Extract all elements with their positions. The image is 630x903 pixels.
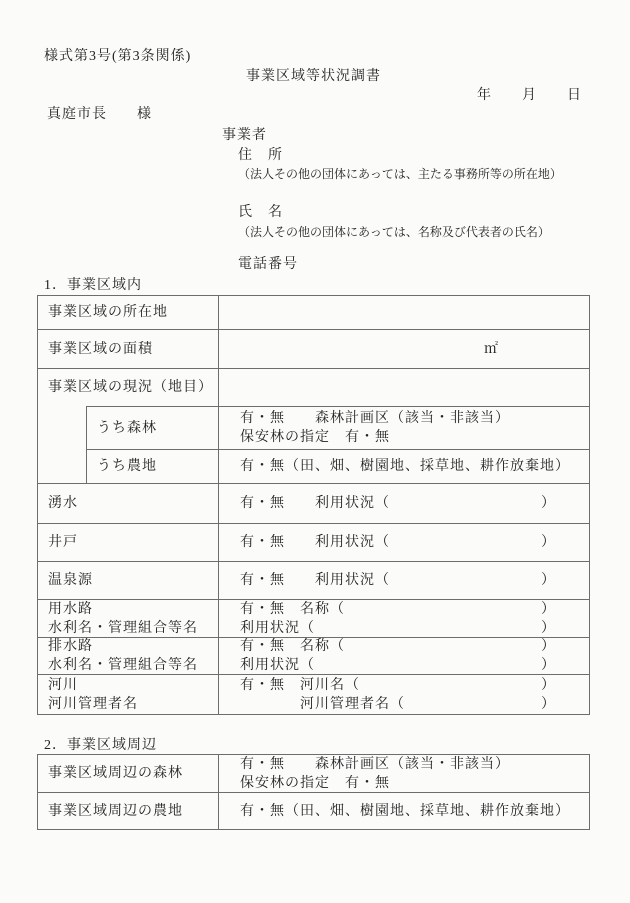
well-line1: 有・無 利用状況（ <box>240 533 390 552</box>
row-irrigation-label: 用水路 水利名・管理組合等名 <box>38 600 219 637</box>
row-spring-content: 有・無 利用状況（ ） <box>219 484 589 523</box>
subrow-farmland-label: うち農地 <box>87 450 219 483</box>
row-area-label: 事業区域の面積 <box>38 330 219 368</box>
address-note: （法人その他の団体にあっては、主たる事務所等の所在地） <box>238 166 562 182</box>
form-number: 様式第3号(第3条関係) <box>44 49 191 65</box>
row-status-value-area <box>219 369 589 406</box>
hotspring-line1: 有・無 利用状況（ <box>240 571 390 590</box>
spring-line1: 有・無 利用状況（ <box>240 494 390 513</box>
forest-line2: 保安林の指定 有・無 <box>240 428 589 447</box>
row-river-content: 有・無 河川名（ ） 河川管理者名（ ） <box>219 675 589 714</box>
drainage-line2: 利用状況（ <box>240 656 315 675</box>
irrigation-line1: 有・無 名称（ <box>240 600 345 619</box>
drainage-line1: 有・無 名称（ <box>240 637 345 656</box>
applicant-label: 事業者 <box>222 128 267 144</box>
row-hotspring-content: 有・無 利用状況（ ） <box>219 562 589 599</box>
hotspring-close-paren: ） <box>541 571 556 590</box>
row-drainage: 排水路 水利名・管理組合等名 有・無 名称（ ） 利用状況（ ） <box>38 638 589 675</box>
address-label: 住 所 <box>238 148 283 164</box>
river-line2: 河川管理者名（ <box>240 695 405 714</box>
row-landuse-status: 事業区域の現況（地目） うち森林 有・無 森林計画区（該当・非該当） 保安林の指… <box>38 369 589 484</box>
row-river-label: 河川 河川管理者名 <box>38 675 219 714</box>
row-location-label: 事業区域の所在地 <box>38 296 219 329</box>
irrigation-line2: 利用状況（ <box>240 619 315 638</box>
subrow-forest: うち森林 有・無 森林計画区（該当・非該当） 保安林の指定 有・無 <box>87 407 589 450</box>
section2-heading: 2．事業区域周辺 <box>44 738 157 754</box>
row-drainage-label: 排水路 水利名・管理組合等名 <box>38 638 219 674</box>
surrounding-forest-content: 有・無 森林計画区（該当・非該当） 保安林の指定 有・無 <box>219 755 589 792</box>
addressee-line: 真庭市長 様 <box>47 107 152 123</box>
surrounding-farmland-label: 事業区域周辺の農地 <box>38 793 219 829</box>
irrigation-close-paren2: ） <box>541 619 556 638</box>
row-location-value-area <box>219 296 589 329</box>
river-close-paren2: ） <box>541 695 556 714</box>
drainage-label1: 排水路 <box>48 637 218 656</box>
section1-table: 事業区域の所在地 事業区域の面積 ㎡ 事業区域の現況（地目） うち森林 有 <box>37 295 590 715</box>
row-spring: 湧水 有・無 利用状況（ ） <box>38 484 589 524</box>
row-river: 河川 河川管理者名 有・無 河川名（ ） 河川管理者名（ ） <box>38 675 589 714</box>
area-unit: ㎡ <box>484 340 499 359</box>
row-irrigation-content: 有・無 名称（ ） 利用状況（ ） <box>219 600 589 637</box>
surrounding-farmland-line1: 有・無（田、畑、樹園地、採草地、耕作放棄地） <box>240 802 589 821</box>
row-irrigation: 用水路 水利名・管理組合等名 有・無 名称（ ） 利用状況（ ） <box>38 600 589 638</box>
name-label: 氏 名 <box>238 205 283 221</box>
surrounding-farmland-content: 有・無（田、畑、樹園地、採草地、耕作放棄地） <box>219 793 589 829</box>
section1-heading: 1．事業区域内 <box>44 278 142 294</box>
row-well-content: 有・無 利用状況（ ） <box>219 524 589 561</box>
row-hotspring-label: 温泉源 <box>38 562 219 599</box>
farmland-line1: 有・無（田、畑、樹園地、採草地、耕作放棄地） <box>240 457 589 476</box>
row-surrounding-forest: 事業区域周辺の森林 有・無 森林計画区（該当・非該当） 保安林の指定 有・無 <box>38 755 589 793</box>
row-well: 井戸 有・無 利用状況（ ） <box>38 524 589 562</box>
row-surrounding-farmland: 事業区域周辺の農地 有・無（田、畑、樹園地、採草地、耕作放棄地） <box>38 793 589 829</box>
river-label1: 河川 <box>48 676 218 695</box>
status-sub-table: うち森林 有・無 森林計画区（該当・非該当） 保安林の指定 有・無 うち農地 有… <box>86 406 589 483</box>
river-line1: 有・無 河川名（ <box>240 676 360 695</box>
phone-label: 電話番号 <box>238 257 298 273</box>
drainage-label2: 水利名・管理組合等名 <box>48 656 218 675</box>
row-well-label: 井戸 <box>38 524 219 561</box>
drainage-close-paren1: ） <box>541 637 556 656</box>
page-title: 事業区域等状況調書 <box>246 69 381 85</box>
subrow-forest-label: うち森林 <box>87 407 219 449</box>
status-indent-spacer <box>38 406 86 483</box>
row-hotspring: 温泉源 有・無 利用状況（ ） <box>38 562 589 600</box>
row-status-label: 事業区域の現況（地目） <box>38 369 219 406</box>
subrow-farmland: うち農地 有・無（田、畑、樹園地、採草地、耕作放棄地） <box>87 450 589 483</box>
spring-close-paren: ） <box>541 494 556 513</box>
drainage-close-paren2: ） <box>541 656 556 675</box>
document-page: 様式第3号(第3条関係) 事業区域等状況調書 年 月 日 真庭市長 様 事業者 … <box>0 0 630 903</box>
subrow-forest-content: 有・無 森林計画区（該当・非該当） 保安林の指定 有・無 <box>219 407 589 449</box>
subrow-farmland-content: 有・無（田、畑、樹園地、採草地、耕作放棄地） <box>219 450 589 483</box>
river-label2: 河川管理者名 <box>48 695 218 714</box>
date-line: 年 月 日 <box>477 88 582 104</box>
irrigation-close-paren1: ） <box>541 600 556 619</box>
name-note: （法人その他の団体にあっては、名称及び代表者の氏名） <box>238 224 550 240</box>
surrounding-forest-line1: 有・無 森林計画区（該当・非該当） <box>240 755 589 774</box>
irrigation-label1: 用水路 <box>48 600 218 619</box>
row-spring-label: 湧水 <box>38 484 219 523</box>
surrounding-forest-label: 事業区域周辺の森林 <box>38 755 219 792</box>
river-close-paren1: ） <box>541 676 556 695</box>
row-location: 事業区域の所在地 <box>38 296 589 330</box>
forest-line1: 有・無 森林計画区（該当・非該当） <box>240 409 589 428</box>
surrounding-forest-line2: 保安林の指定 有・無 <box>240 774 589 793</box>
row-area: 事業区域の面積 ㎡ <box>38 330 589 369</box>
well-close-paren: ） <box>541 533 556 552</box>
row-drainage-content: 有・無 名称（ ） 利用状況（ ） <box>219 638 589 674</box>
row-area-value-area: ㎡ <box>219 330 589 368</box>
irrigation-label2: 水利名・管理組合等名 <box>48 619 218 638</box>
section2-table: 事業区域周辺の森林 有・無 森林計画区（該当・非該当） 保安林の指定 有・無 事… <box>37 754 590 830</box>
